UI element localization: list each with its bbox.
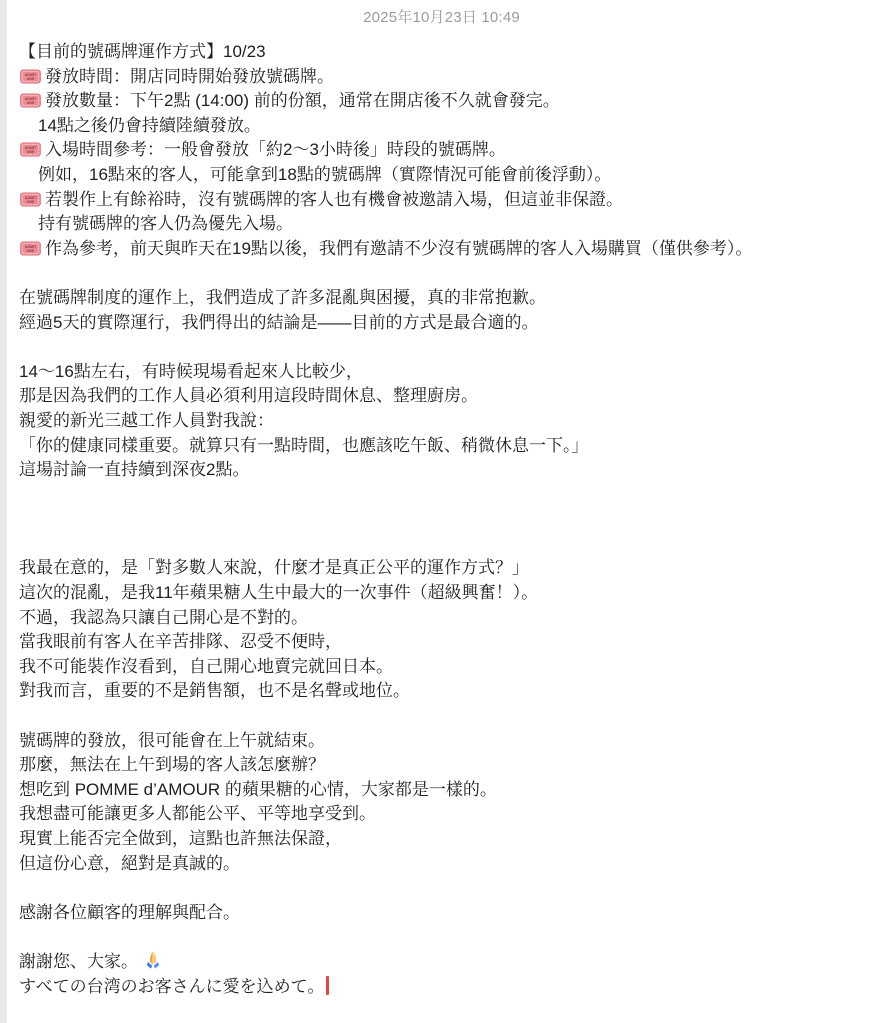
line-text: 在號碼牌制度的運作上，我們造成了許多混亂與困擾，真的非常抱歉。 [19,288,546,307]
blank-line [19,925,875,950]
window-edge-strip [0,0,7,1023]
line-text: 親愛的新光三越工作人員對我說： [19,411,274,430]
svg-text:ONE: ONE [27,151,35,155]
line-text: 【目前的號碼牌運作方式】10/23 [19,42,266,61]
line-text: 「你的健康同樣重要。就算只有一點時間，也應該吃午飯、稍微休息一下。」 [19,436,589,455]
blank-line [19,876,875,901]
note-line: 我想盡可能讓更多人都能公平、平等地享受到。 [19,802,875,827]
ticket-icon: ADMITONE [20,190,41,215]
line-text: 這場討論一直持續到深夜2點。 [19,460,249,479]
note-line: 號碼牌的發放，很可能會在上午就結束。 [19,729,875,754]
line-text: 例如，16點來的客人，可能拿到18點的號碼牌（實際情況可能會前後浮動）。 [38,165,611,184]
line-text: 這次的混亂，是我11年蘋果糖人生中最大的一次事件（超級興奮！）。 [19,583,538,602]
line-text: 經過5天的實際運行，我們得出的結論是——目前的方式是最合適的。 [19,313,538,332]
line-text: 入場時間參考：一般會發放「約2～3小時後」時段的號碼牌。 [45,140,506,159]
svg-text:ONE: ONE [27,249,35,253]
blank-line [19,532,875,557]
note-line: 【目前的號碼牌運作方式】10/23 [19,40,875,65]
line-text: 我最在意的，是「對多數人來說，什麼才是真正公平的運作方式？」 [19,558,529,577]
note-line: 想吃到 POMME d’AMOUR 的蘋果糖的心情，大家都是一樣的。 [19,778,875,803]
note-line: 我最在意的，是「對多數人來說，什麼才是真正公平的運作方式？」 [19,556,875,581]
note-line: ADMITONE作為參考，前天與昨天在19點以後，我們有邀請不少沒有號碼牌的客人… [19,237,875,262]
note-line: すべての台湾のお客さんに愛を込めて。 [19,975,875,1000]
line-text: 號碼牌的發放，很可能會在上午就結束。 [19,731,325,750]
line-text: 我不可能裝作沒看到，自己開心地賣完就回日本。 [19,657,393,676]
ticket-icon: ADMITONE [20,67,41,92]
note-line: ADMITONE入場時間參考：一般會發放「約2～3小時後」時段的號碼牌。 [19,138,875,163]
blank-line [19,704,875,729]
note-line: 親愛的新光三越工作人員對我說： [19,409,875,434]
note-line: ADMITONE若製作上有餘裕時，沒有號碼牌的客人也有機會被邀請入場，但這並非保… [19,188,875,213]
line-text: 但這份心意，絕對是真誠的。 [19,854,240,873]
note-line: 但這份心意，絕對是真誠的。 [19,852,875,877]
line-text: 那是因為我們的工作人員必須利用這段時間休息、整理廚房。 [19,386,478,405]
blank-line [19,507,875,532]
line-text: 發放時間：開店同時開始發放號碼牌。 [45,67,334,86]
line-text: 發放數量：下午2點 (14:00) 前的份額，通常在開店後不久就會發完。 [45,91,560,110]
note-line: 這場討論一直持續到深夜2點。 [19,458,875,483]
note-line: 不過，我認為只讓自己開心是不對的。 [19,606,875,631]
note-line: 持有號碼牌的客人仍為優先入場。 [19,212,875,237]
svg-text:ONE: ONE [27,101,35,105]
line-text: 謝謝您、大家。 [19,952,138,971]
text-insertion-caret [326,976,329,995]
ticket-icon: ADMITONE [20,91,41,116]
line-text: 感謝各位顧客的理解與配合。 [19,903,240,922]
note-line: 現實上能否完全做到，這點也許無法保證， [19,827,875,852]
line-text: 那麼，無法在上午到場的客人該怎麼辦？ [19,755,325,774]
line-text: 14～16點左右，有時候現場看起來人比較少， [19,362,363,381]
note-line: 14點之後仍會持續陸續發放。 [19,114,875,139]
note-line: 在號碼牌制度的運作上，我們造成了許多混亂與困擾，真的非常抱歉。 [19,286,875,311]
blank-line [19,335,875,360]
ticket-icon: ADMITONE [20,140,41,165]
line-text: 14點之後仍會持續陸續發放。 [38,116,261,135]
note-line: 14～16點左右，有時候現場看起來人比較少， [19,360,875,385]
ticket-icon: ADMITONE [20,239,41,264]
blank-line [19,261,875,286]
line-text: 我想盡可能讓更多人都能公平、平等地享受到。 [19,804,376,823]
note-line: 例如，16點來的客人，可能拿到18點的號碼牌（實際情況可能會前後浮動）。 [19,163,875,188]
note-line: ADMITONE發放時間：開店同時開始發放號碼牌。 [19,65,875,90]
note-line: 「你的健康同樣重要。就算只有一點時間，也應該吃午飯、稍微休息一下。」 [19,434,875,459]
note-line: ADMITONE發放數量：下午2點 (14:00) 前的份額，通常在開店後不久就… [19,89,875,114]
line-text: すべての台湾のお客さんに愛を込めて。 [19,977,324,996]
svg-text:ONE: ONE [27,77,35,81]
note-line: 經過5天的實際運行，我們得出的結論是——目前的方式是最合適的。 [19,311,875,336]
svg-text:ONE: ONE [27,200,35,204]
line-text: 現實上能否完全做到，這點也許無法保證， [19,829,342,848]
line-text: 不過，我認為只讓自己開心是不對的。 [19,608,308,627]
note-line: 感謝各位顧客的理解與配合。 [19,901,875,926]
line-text: 想吃到 POMME d’AMOUR 的蘋果糖的心情，大家都是一樣的。 [19,780,497,799]
line-text: 持有號碼牌的客人仍為優先入場。 [38,214,293,233]
line-text: 若製作上有餘裕時，沒有號碼牌的客人也有機會被邀請入場，但這並非保證。 [45,190,623,209]
note-line: 我不可能裝作沒看到，自己開心地賣完就回日本。 [19,655,875,680]
note-timestamp: 2025年10月23日 10:49 [0,0,883,27]
note-body[interactable]: 【目前的號碼牌運作方式】10/23ADMITONE發放時間：開店同時開始發放號碼… [0,27,883,999]
note-line: 當我眼前有客人在辛苦排隊、忍受不便時， [19,630,875,655]
line-text: 對我而言，重要的不是銷售額，也不是名聲或地位。 [19,681,410,700]
note-line: 對我而言，重要的不是銷售額，也不是名聲或地位。 [19,679,875,704]
note-line: 那是因為我們的工作人員必須利用這段時間休息、整理廚房。 [19,384,875,409]
line-text: 當我眼前有客人在辛苦排隊、忍受不便時， [19,632,342,651]
note-line: 那麼，無法在上午到場的客人該怎麼辦？ [19,753,875,778]
pray-icon [143,950,163,978]
line-text: 作為參考，前天與昨天在19點以後，我們有邀請不少沒有號碼牌的客人入場購買（僅供參… [45,239,752,258]
blank-line [19,483,875,508]
note-line: 謝謝您、大家。 [19,950,875,975]
note-line: 這次的混亂，是我11年蘋果糖人生中最大的一次事件（超級興奮！）。 [19,581,875,606]
